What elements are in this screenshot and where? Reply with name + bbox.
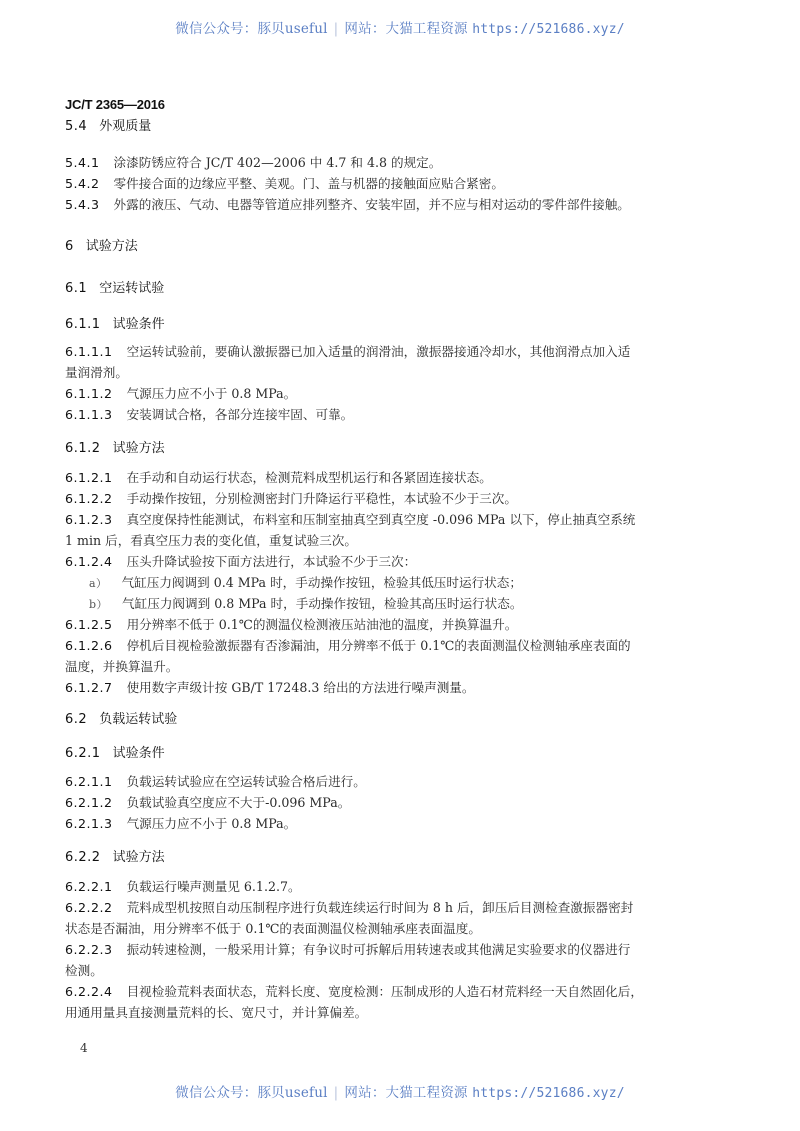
clause-text: 量润滑剂。 bbox=[65, 365, 128, 380]
clause-paragraph: 6.2.2.1负载运行噪声测量见 6.1.2.7。 bbox=[65, 876, 301, 897]
standard-number: JC/T 2365—2016 bbox=[65, 97, 165, 112]
clause-number: 6.1.2.7 bbox=[65, 680, 113, 695]
clause-paragraph: 6.2.2.2荒料成型机按照自动压制程序进行负载连续运行时间为 8 h 后，卸压… bbox=[65, 897, 633, 918]
watermark-url[interactable]: https://521686.xyz/ bbox=[472, 1086, 625, 1101]
watermark-site: 网站：大猫工程资源 bbox=[344, 1085, 467, 1101]
watermark-site: 网站：大猫工程资源 bbox=[344, 21, 467, 37]
clause-text: 试验方法 bbox=[86, 239, 138, 254]
section-heading: 6.1空运转试验 bbox=[65, 278, 164, 299]
clause-number: 5.4 bbox=[65, 116, 87, 137]
clause-text: 1 min 后，看真空压力表的变化值，重复试验三次。 bbox=[65, 533, 357, 548]
clause-number: b） bbox=[89, 598, 108, 611]
clause-text: 负载运行噪声测量见 6.1.2.7。 bbox=[127, 879, 301, 894]
clause-number: a） bbox=[89, 577, 108, 590]
clause-text: 在手动和自动运行状态，检测荒料成型机运行和各紧固连接状态。 bbox=[127, 470, 492, 485]
clause-text: 试验方法 bbox=[113, 850, 165, 865]
clause-number: 6.1 bbox=[65, 278, 87, 299]
clause-number: 6.1.1.2 bbox=[65, 386, 113, 401]
clause-paragraph: 6.1.2.3真空度保持性能测试，布料室和压制室抽真空到真空度 -0.096 M… bbox=[65, 509, 635, 530]
clause-number: 6.2.2.3 bbox=[65, 942, 113, 957]
clause-text: 目视检验荒料表面状态，荒料长度、宽度检测：压制成形的人造石材荒料经一天自然固化后… bbox=[127, 984, 643, 999]
clause-paragraph: 6.1.2.6停机后目视检验激振器有否渗漏油，用分辨率不低于 0.1℃的表面测温… bbox=[65, 635, 631, 656]
clause-number: 6.2.1.2 bbox=[65, 795, 113, 810]
clause-text: 气源压力应不小于 0.8 MPa。 bbox=[127, 816, 297, 831]
clause-text: 状态是否漏油，用分辨率不低于 0.1℃的表面测温仪检测轴承座表面温度。 bbox=[65, 921, 481, 936]
clause-paragraph: 6.2.2.4目视检验荒料表面状态，荒料长度、宽度检测：压制成形的人造石材荒料经… bbox=[65, 981, 643, 1002]
clause-paragraph: 5.4.3外露的液压、气动、电器等管道应排列整齐、安装牢固，并不应与相对运动的零… bbox=[65, 194, 630, 215]
section-heading: 5.4外观质量 bbox=[65, 116, 151, 137]
section-heading: 6试验方法 bbox=[65, 236, 138, 257]
clause-text: 停机后目视检验激振器有否渗漏油，用分辨率不低于 0.1℃的表面测温仪检测轴承座表… bbox=[127, 638, 631, 653]
clause-number: 6.1.2 bbox=[65, 438, 101, 459]
watermark-wechat: 微信公众号：豚贝useful bbox=[175, 21, 327, 37]
clause-number: 6.2.2 bbox=[65, 847, 101, 868]
clause-paragraph: 5.4.2零件接合面的边缘应平整、美观。门、盖与机器的接触面应贴合紧密。 bbox=[65, 173, 504, 194]
section-heading: 6.2.1试验条件 bbox=[65, 743, 165, 764]
clause-text: 用通用量具直接测量荒料的长、宽尺寸，并计算偏差。 bbox=[65, 1005, 367, 1020]
clause-text: 负载运转试验应在空运转试验合格后进行。 bbox=[127, 774, 366, 789]
watermark-wechat: 微信公众号：豚贝useful bbox=[175, 1085, 327, 1101]
paragraph-continuation: 检测。 bbox=[65, 960, 103, 981]
clause-number: 5.4.1 bbox=[65, 155, 100, 170]
clause-text: 检测。 bbox=[65, 963, 103, 978]
paragraph-continuation: 量润滑剂。 bbox=[65, 362, 128, 383]
clause-text: 真空度保持性能测试，布料室和压制室抽真空到真空度 -0.096 MPa 以下，停… bbox=[127, 512, 636, 527]
clause-number: 6.1.2.5 bbox=[65, 617, 113, 632]
watermark-top: 微信公众号：豚贝useful|网站：大猫工程资源 https://521686.… bbox=[0, 17, 800, 37]
clause-text: 压头升降试验按下面方法进行，本试验不少于三次： bbox=[127, 554, 417, 569]
watermark-separator: | bbox=[334, 21, 339, 37]
section-heading: 6.2负载运转试验 bbox=[65, 709, 177, 730]
section-heading: 6.1.2试验方法 bbox=[65, 438, 165, 459]
clause-number: 6.2.1.1 bbox=[65, 774, 113, 789]
clause-number: 6.1.1.1 bbox=[65, 344, 113, 359]
clause-number: 6.2.2.4 bbox=[65, 984, 113, 999]
clause-paragraph: 6.2.1.3气源压力应不小于 0.8 MPa。 bbox=[65, 813, 296, 834]
watermark-url[interactable]: https://521686.xyz/ bbox=[472, 22, 625, 37]
clause-paragraph: 6.2.1.2负载试验真空度应不大于-0.096 MPa。 bbox=[65, 792, 350, 813]
clause-number: 6.1.2.2 bbox=[65, 491, 113, 506]
paragraph-continuation: 温度，并换算温升。 bbox=[65, 656, 178, 677]
clause-number: 6.1.2.4 bbox=[65, 554, 113, 569]
watermark-bottom: 微信公众号：豚贝useful|网站：大猫工程资源 https://521686.… bbox=[0, 1081, 800, 1101]
clause-text: 气缸压力阀调到 0.4 MPa 时，手动操作按钮，检验其低压时运行状态； bbox=[122, 575, 522, 590]
page-number: 4 bbox=[80, 1041, 88, 1055]
paragraph-continuation: 1 min 后，看真空压力表的变化值，重复试验三次。 bbox=[65, 530, 357, 551]
clause-text: 用分辨率不低于 0.1℃的测温仪检测液压站油池的温度，并换算温升。 bbox=[127, 617, 518, 632]
clause-paragraph: 6.1.2.4压头升降试验按下面方法进行，本试验不少于三次： bbox=[65, 551, 416, 572]
clause-number: 6.1.2.3 bbox=[65, 512, 113, 527]
clause-paragraph: 5.4.1涂漆防锈应符合 JC/T 402—2006 中 4.7 和 4.8 的… bbox=[65, 152, 441, 173]
clause-number: 6.2.2.1 bbox=[65, 879, 113, 894]
section-heading: 6.2.2试验方法 bbox=[65, 847, 165, 868]
clause-paragraph: 6.2.2.3振动转速检测，一般采用计算；有争议时可拆解后用转速表或其他满足实验… bbox=[65, 939, 630, 960]
clause-paragraph: 6.1.1.2气源压力应不小于 0.8 MPa。 bbox=[65, 383, 296, 404]
clause-paragraph: 6.1.1.3安装调试合格，各部分连接牢固、可靠。 bbox=[65, 404, 353, 425]
clause-text: 涂漆防锈应符合 JC/T 402—2006 中 4.7 和 4.8 的规定。 bbox=[114, 155, 442, 170]
clause-text: 手动操作按钮，分别检测密封门升降运行平稳性，本试验不少于三次。 bbox=[127, 491, 517, 506]
clause-text: 负载运转试验 bbox=[99, 712, 177, 727]
clause-text: 空运转试验前，要确认激振器已加入适量的润滑油，激振器接通冷却水，其他润滑点加入适 bbox=[127, 344, 631, 359]
clause-paragraph: 6.1.1.1空运转试验前，要确认激振器已加入适量的润滑油，激振器接通冷却水，其… bbox=[65, 341, 630, 362]
clause-text: 安装调试合格，各部分连接牢固、可靠。 bbox=[127, 407, 354, 422]
clause-paragraph: 6.1.2.7使用数字声级计按 GB/T 17248.3 给出的方法进行噪声测量… bbox=[65, 677, 474, 698]
clause-text: 气缸压力阀调到 0.8 MPa 时，手动操作按钮，检验其高压时运行状态。 bbox=[122, 596, 522, 611]
clause-paragraph: 6.1.2.2手动操作按钮，分别检测密封门升降运行平稳性，本试验不少于三次。 bbox=[65, 488, 517, 509]
clause-text: 负载试验真空度应不大于-0.096 MPa。 bbox=[127, 795, 351, 810]
clause-paragraph: 6.1.2.1在手动和自动运行状态，检测荒料成型机运行和各紧固连接状态。 bbox=[65, 467, 492, 488]
clause-number: 6.2.1 bbox=[65, 743, 101, 764]
clause-number: 6.1.1.3 bbox=[65, 407, 113, 422]
clause-number: 6.1.2.1 bbox=[65, 470, 113, 485]
section-heading: 6.1.1试验条件 bbox=[65, 314, 165, 335]
clause-paragraph: 6.1.2.5用分辨率不低于 0.1℃的测温仪检测液压站油池的温度，并换算温升。 bbox=[65, 614, 517, 635]
clause-text: 零件接合面的边缘应平整、美观。门、盖与机器的接触面应贴合紧密。 bbox=[114, 176, 504, 191]
list-item: b）气缸压力阀调到 0.8 MPa 时，手动操作按钮，检验其高压时运行状态。 bbox=[89, 593, 522, 615]
clause-text: 试验方法 bbox=[113, 441, 165, 456]
clause-number: 6.1.2.6 bbox=[65, 638, 113, 653]
watermark-separator: | bbox=[334, 1085, 339, 1101]
clause-text: 空运转试验 bbox=[99, 281, 164, 296]
clause-text: 温度，并换算温升。 bbox=[65, 659, 178, 674]
clause-number: 6.1.1 bbox=[65, 314, 101, 335]
clause-number: 6.2 bbox=[65, 709, 87, 730]
clause-number: 5.4.2 bbox=[65, 176, 100, 191]
list-item: a）气缸压力阀调到 0.4 MPa 时，手动操作按钮，检验其低压时运行状态； bbox=[89, 572, 522, 594]
clause-text: 试验条件 bbox=[113, 746, 165, 761]
clause-number: 6 bbox=[65, 236, 74, 257]
clause-text: 气源压力应不小于 0.8 MPa。 bbox=[127, 386, 297, 401]
clause-paragraph: 6.2.1.1负载运转试验应在空运转试验合格后进行。 bbox=[65, 771, 366, 792]
paragraph-continuation: 状态是否漏油，用分辨率不低于 0.1℃的表面测温仪检测轴承座表面温度。 bbox=[65, 918, 481, 939]
clause-text: 使用数字声级计按 GB/T 17248.3 给出的方法进行噪声测量。 bbox=[127, 680, 475, 695]
clause-text: 振动转速检测，一般采用计算；有争议时可拆解后用转速表或其他满足实验要求的仪器进行 bbox=[127, 942, 631, 957]
clause-text: 外观质量 bbox=[99, 119, 151, 134]
clause-number: 6.2.2.2 bbox=[65, 900, 113, 915]
clause-text: 荒料成型机按照自动压制程序进行负载连续运行时间为 8 h 后，卸压后目测检查激振… bbox=[127, 900, 634, 915]
clause-number: 6.2.1.3 bbox=[65, 816, 113, 831]
clause-number: 5.4.3 bbox=[65, 197, 100, 212]
clause-text: 外露的液压、气动、电器等管道应排列整齐、安装牢固，并不应与相对运动的零件部件接触… bbox=[114, 197, 630, 212]
clause-text: 试验条件 bbox=[113, 317, 165, 332]
paragraph-continuation: 用通用量具直接测量荒料的长、宽尺寸，并计算偏差。 bbox=[65, 1002, 367, 1023]
